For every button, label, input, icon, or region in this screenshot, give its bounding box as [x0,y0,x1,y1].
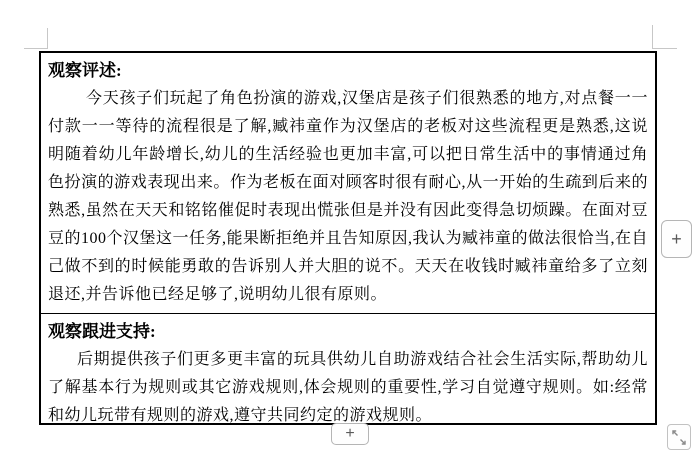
text-boundary-mark-top-left-vertical [47,28,48,49]
text-boundary-mark-top-right-vertical [652,25,653,49]
resize-table-button[interactable] [667,424,691,450]
follow-up-support-body[interactable]: 后期提供孩子们更多更丰富的玩具供幼儿自助游戏结合社会生活实际,帮助幼儿了解基本行… [48,346,648,423]
document-page: 观察评述: 今天孩子们玩起了角色扮演的游戏,汉堡店是孩子们很熟悉的地方,对点餐一… [0,0,695,475]
observation-review-body[interactable]: 今天孩子们玩起了角色扮演的游戏,汉堡店是孩子们很熟悉的地方,对点餐一一付款一一等… [48,85,648,309]
follow-up-support-cell[interactable]: 观察跟进支持: 后期提供孩子们更多更丰富的玩具供幼儿自助游戏结合社会生活实际,帮… [41,314,655,423]
follow-up-support-heading: 观察跟进支持: [48,318,648,346]
plus-icon: + [345,425,354,443]
text-boundary-mark-top-left-horizontal [24,48,48,49]
plus-icon: + [671,229,682,250]
observation-review-cell[interactable]: 观察评述: 今天孩子们玩起了角色扮演的游戏,汉堡店是孩子们很熟悉的地方,对点餐一… [41,53,655,314]
text-boundary-mark-top-right-horizontal [652,48,677,49]
insert-row-button[interactable]: + [331,423,369,445]
observation-table: 观察评述: 今天孩子们玩起了角色扮演的游戏,汉堡店是孩子们很熟悉的地方,对点餐一… [39,51,657,425]
expand-diagonal-icon [668,425,690,449]
observation-review-heading: 观察评述: [48,57,648,85]
insert-column-button[interactable]: + [661,220,692,258]
